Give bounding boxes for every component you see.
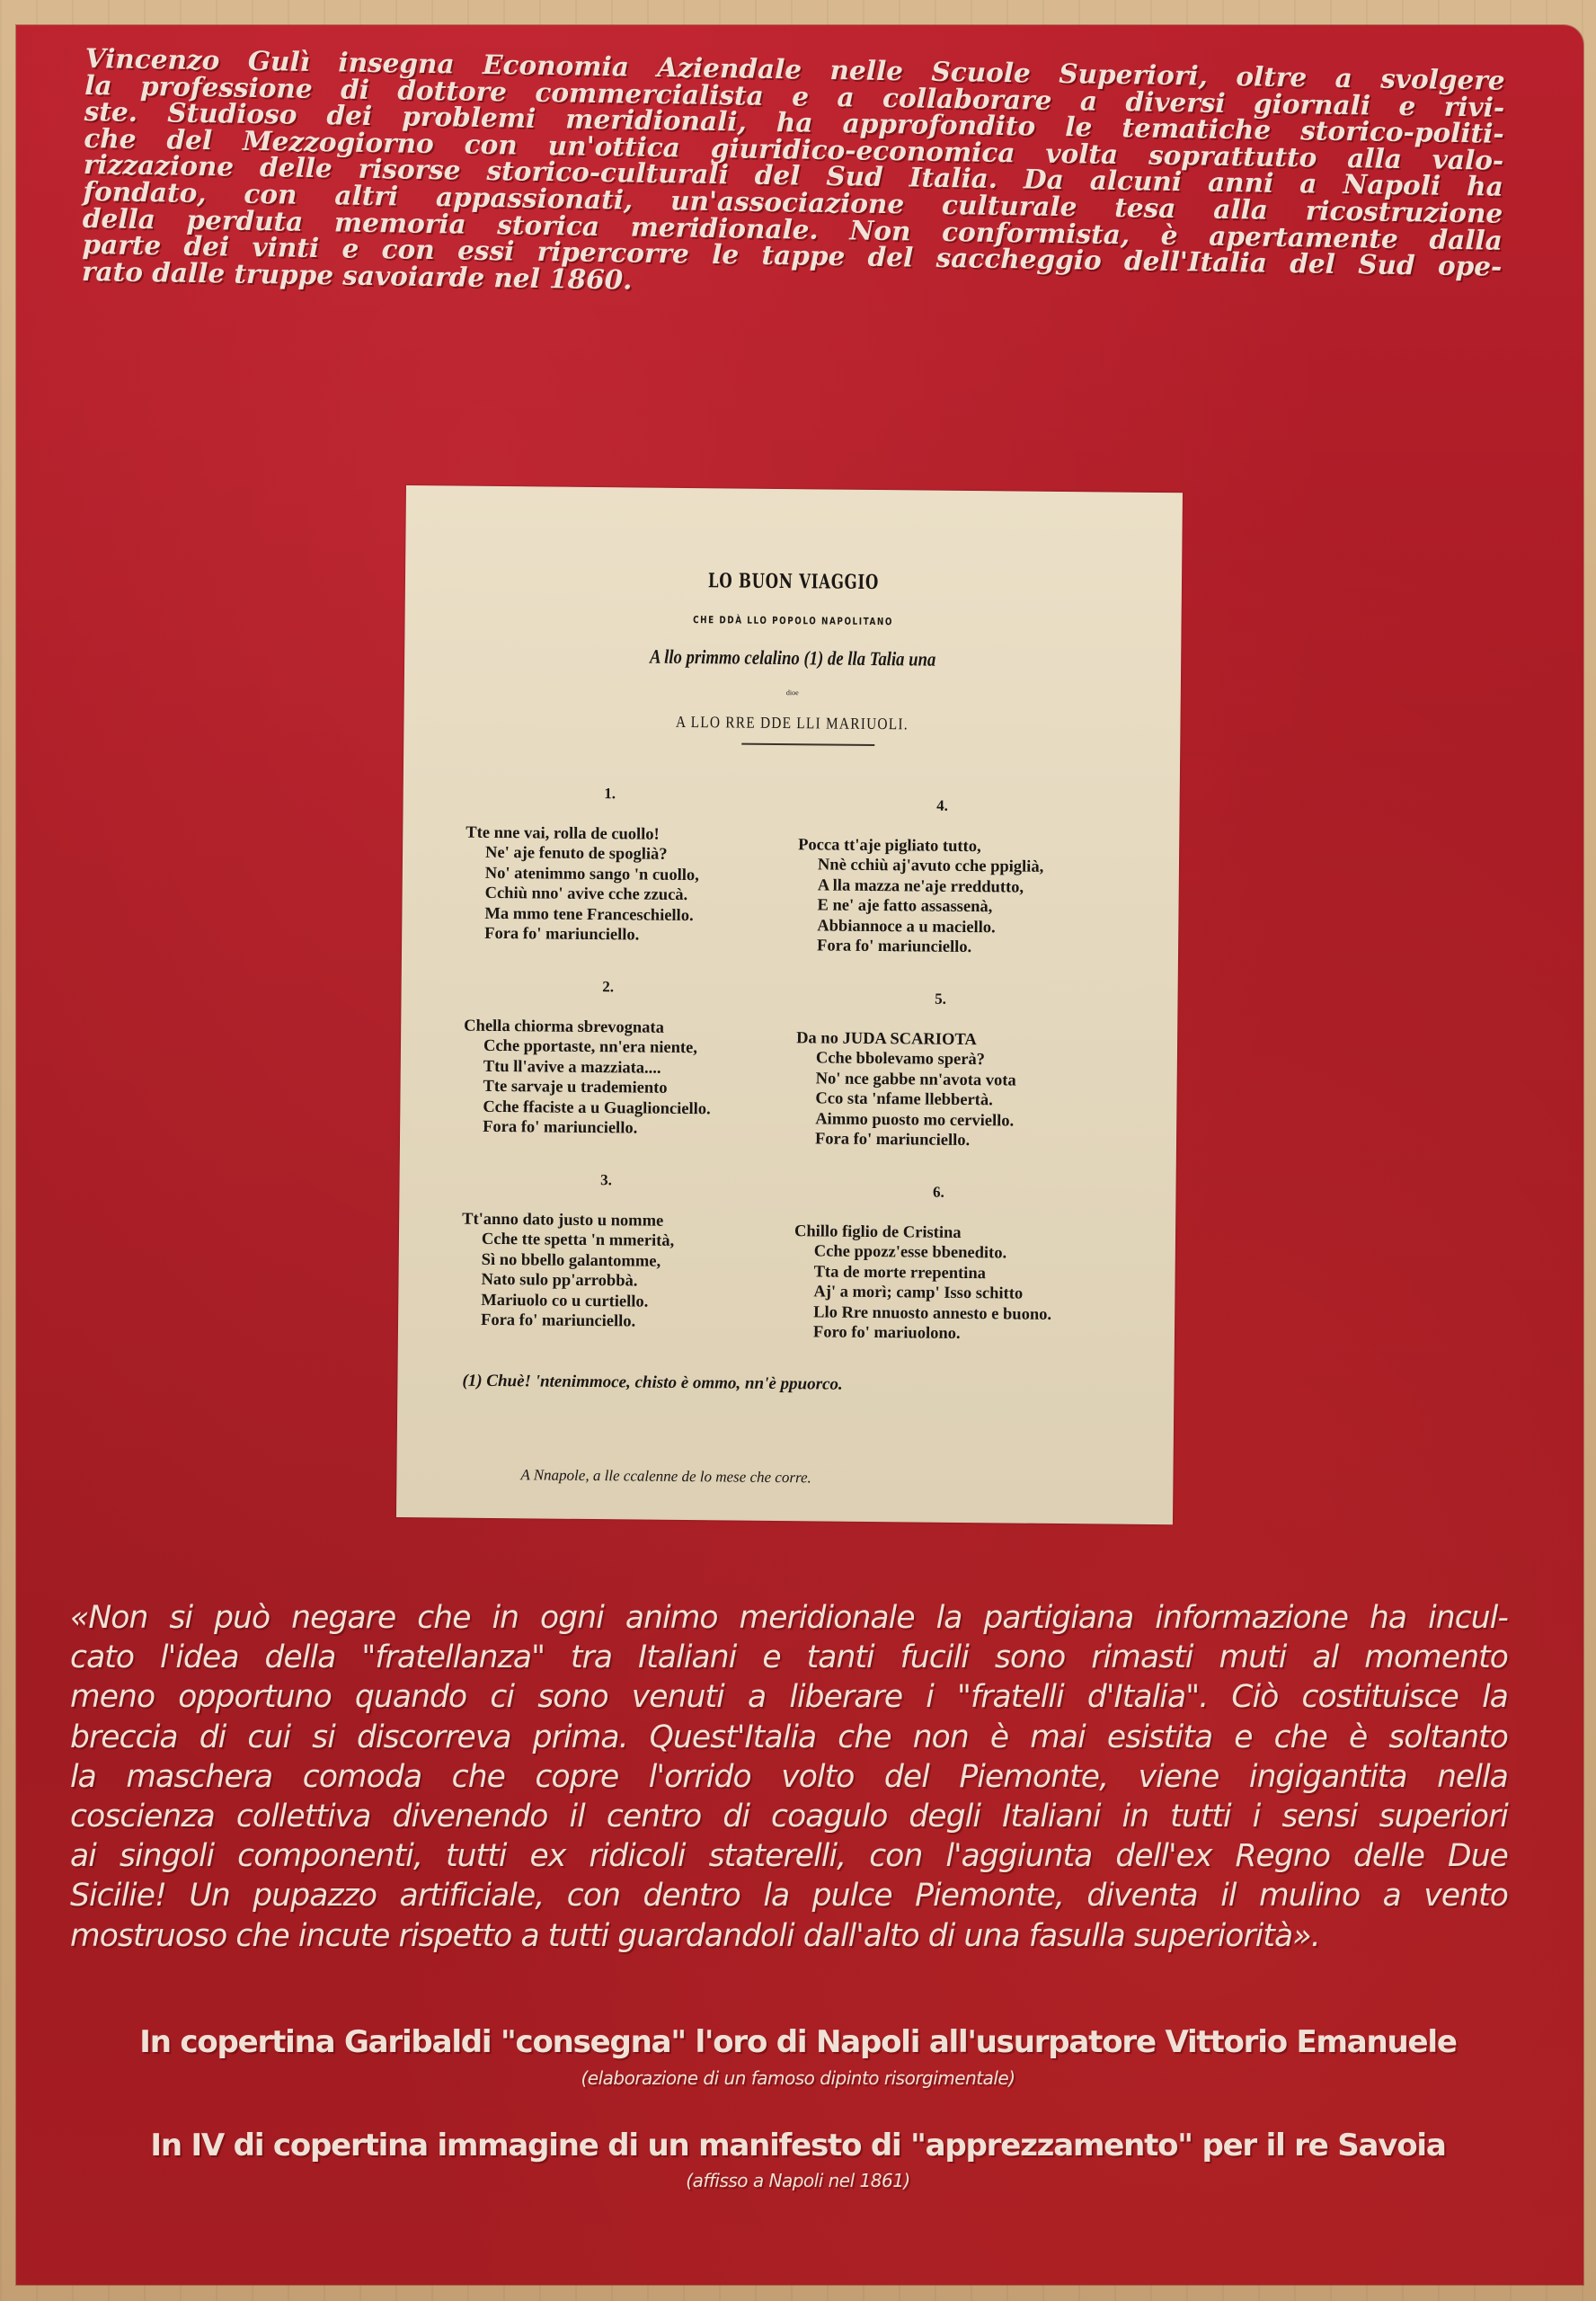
poster-stanza: 3.Tt'anno dato justo u nommeCche tte spe…	[461, 1169, 804, 1334]
stanza-verse: Fora fo' mariunciello.	[465, 924, 806, 947]
stanza-verse: Fora fo' mariunciello.	[795, 1129, 1137, 1152]
stanza-verse: Nato sulo pp'arrobbà.	[461, 1270, 802, 1293]
quote-line: breccia di cui si discorreva prima. Ques…	[70, 1718, 1508, 1757]
quote-line: «Non si può negare che in ogni animo mer…	[70, 1598, 1508, 1638]
stanza-verse: Cchiù nno' avive cche zzucà.	[465, 884, 807, 907]
historical-poster-image: LO BUON VIAGGIO CHE DDÀ LLO POPOLO NAPOL…	[396, 485, 1183, 1524]
quote-line: mostruoso che incute rispetto a tutti gu…	[70, 1916, 1508, 1956]
back-cover-quote: «Non si può negare che in ogni animo mer…	[70, 1598, 1508, 1956]
stanza-verse: Fora fo' mariunciello.	[797, 936, 1139, 959]
poster-dedication: A llo primmo celalino (1) de lla Talia u…	[463, 644, 1123, 673]
poster-stanza: 2.Chella chiorma sbrevognataCche pportas…	[463, 976, 806, 1141]
stanza-verse: Cche tte spetta 'n mmerità,	[462, 1230, 803, 1253]
stanza-number: 2.	[465, 976, 806, 999]
stanza-verse: Fora fo' mariunciello.	[463, 1117, 804, 1141]
poster-small-word: dioe	[404, 685, 1181, 700]
stanza-verse: Cche pportaste, nn'era niente,	[464, 1036, 805, 1060]
quote-line: Sicilie! Un pupazzo artificiale, con den…	[70, 1876, 1508, 1915]
poster-recipient: A LLO RRE DDE LLI MARIUOLI.	[462, 711, 1122, 736]
quote-line: ai singoli componenti, tutti ex ridicoli…	[70, 1836, 1508, 1876]
stanza-verse: Foro fo' mariuolono.	[794, 1322, 1135, 1346]
stanza-verse: Fora fo' mariunciello.	[461, 1310, 802, 1334]
cover-caption-note: (elaborazione di un famoso dipinto risor…	[0, 2067, 1596, 2089]
poster-stanza: 4.Pocca tt'aje pigliato tutto,Nnè cchiù …	[797, 795, 1140, 959]
quote-line: cato l'idea della "fratellanza" tra Ital…	[70, 1638, 1508, 1677]
stanza-verse: Ne' aje fenuto de spoglià?	[465, 843, 807, 866]
poster-stanza: 1.Tte nne vai, rolla de cuollo!Ne' aje f…	[465, 783, 808, 947]
back-cover-caption: In IV di copertina immagine di un manife…	[0, 2128, 1596, 2163]
stanza-verse: Cco sta 'nfame llebbertà.	[795, 1088, 1137, 1112]
stanza-number: 6.	[794, 1181, 1136, 1204]
poster-subtitle: CHE DDÀ LLO POPOLO NAPOLITANO	[483, 612, 1104, 630]
quote-line: la maschera comoda che copre l'orrido vo…	[70, 1757, 1508, 1797]
quote-line: meno opportuno quando ci sono venuti a l…	[70, 1677, 1508, 1717]
stanza-verse: Aj' a morì; camp' Isso schitto	[794, 1282, 1135, 1305]
stanza-number: 5.	[796, 988, 1138, 1011]
quote-line: coscienza collettiva divenendo il centro…	[70, 1797, 1508, 1836]
poster-divider	[741, 743, 874, 746]
back-cover-caption-note: (affisso a Napoli nel 1861)	[0, 2170, 1596, 2191]
cover-caption: In copertina Garibaldi "consegna" l'oro …	[0, 2024, 1596, 2060]
stanza-number: 1.	[466, 783, 808, 806]
stanza-verse: Cche bbolevamo sperà?	[796, 1048, 1138, 1071]
stanza-number: 3.	[462, 1169, 803, 1193]
poster-title: LO BUON VIAGGIO	[502, 567, 1085, 596]
author-bio: Vincenzo Gulì insegna Economia Aziendale…	[82, 45, 1505, 307]
poster-stanza: 5.Da no JUDA SCARIOTACche bbolevamo sper…	[795, 988, 1139, 1152]
poster-footnote: (1) Chuè! 'ntenimmoce, chisto è ommo, nn…	[462, 1372, 843, 1395]
stanza-verse: E ne' aje fatto assassenà,	[797, 895, 1139, 919]
poster-stanza: 6.Chillo figlio de CristinaCche ppozz'es…	[794, 1181, 1137, 1346]
stanza-verse: Tte sarvaje u trademiento	[463, 1077, 804, 1100]
poster-place-date: A Nnapole, a lle ccalenne de lo mese che…	[520, 1466, 811, 1487]
stanza-number: 4.	[799, 795, 1140, 818]
stanza-verse: Cche ppozz'esse bbenedito.	[794, 1241, 1136, 1265]
stanza-verse: Nnè cchiù aj'avuto cche ppiglià,	[798, 855, 1139, 878]
